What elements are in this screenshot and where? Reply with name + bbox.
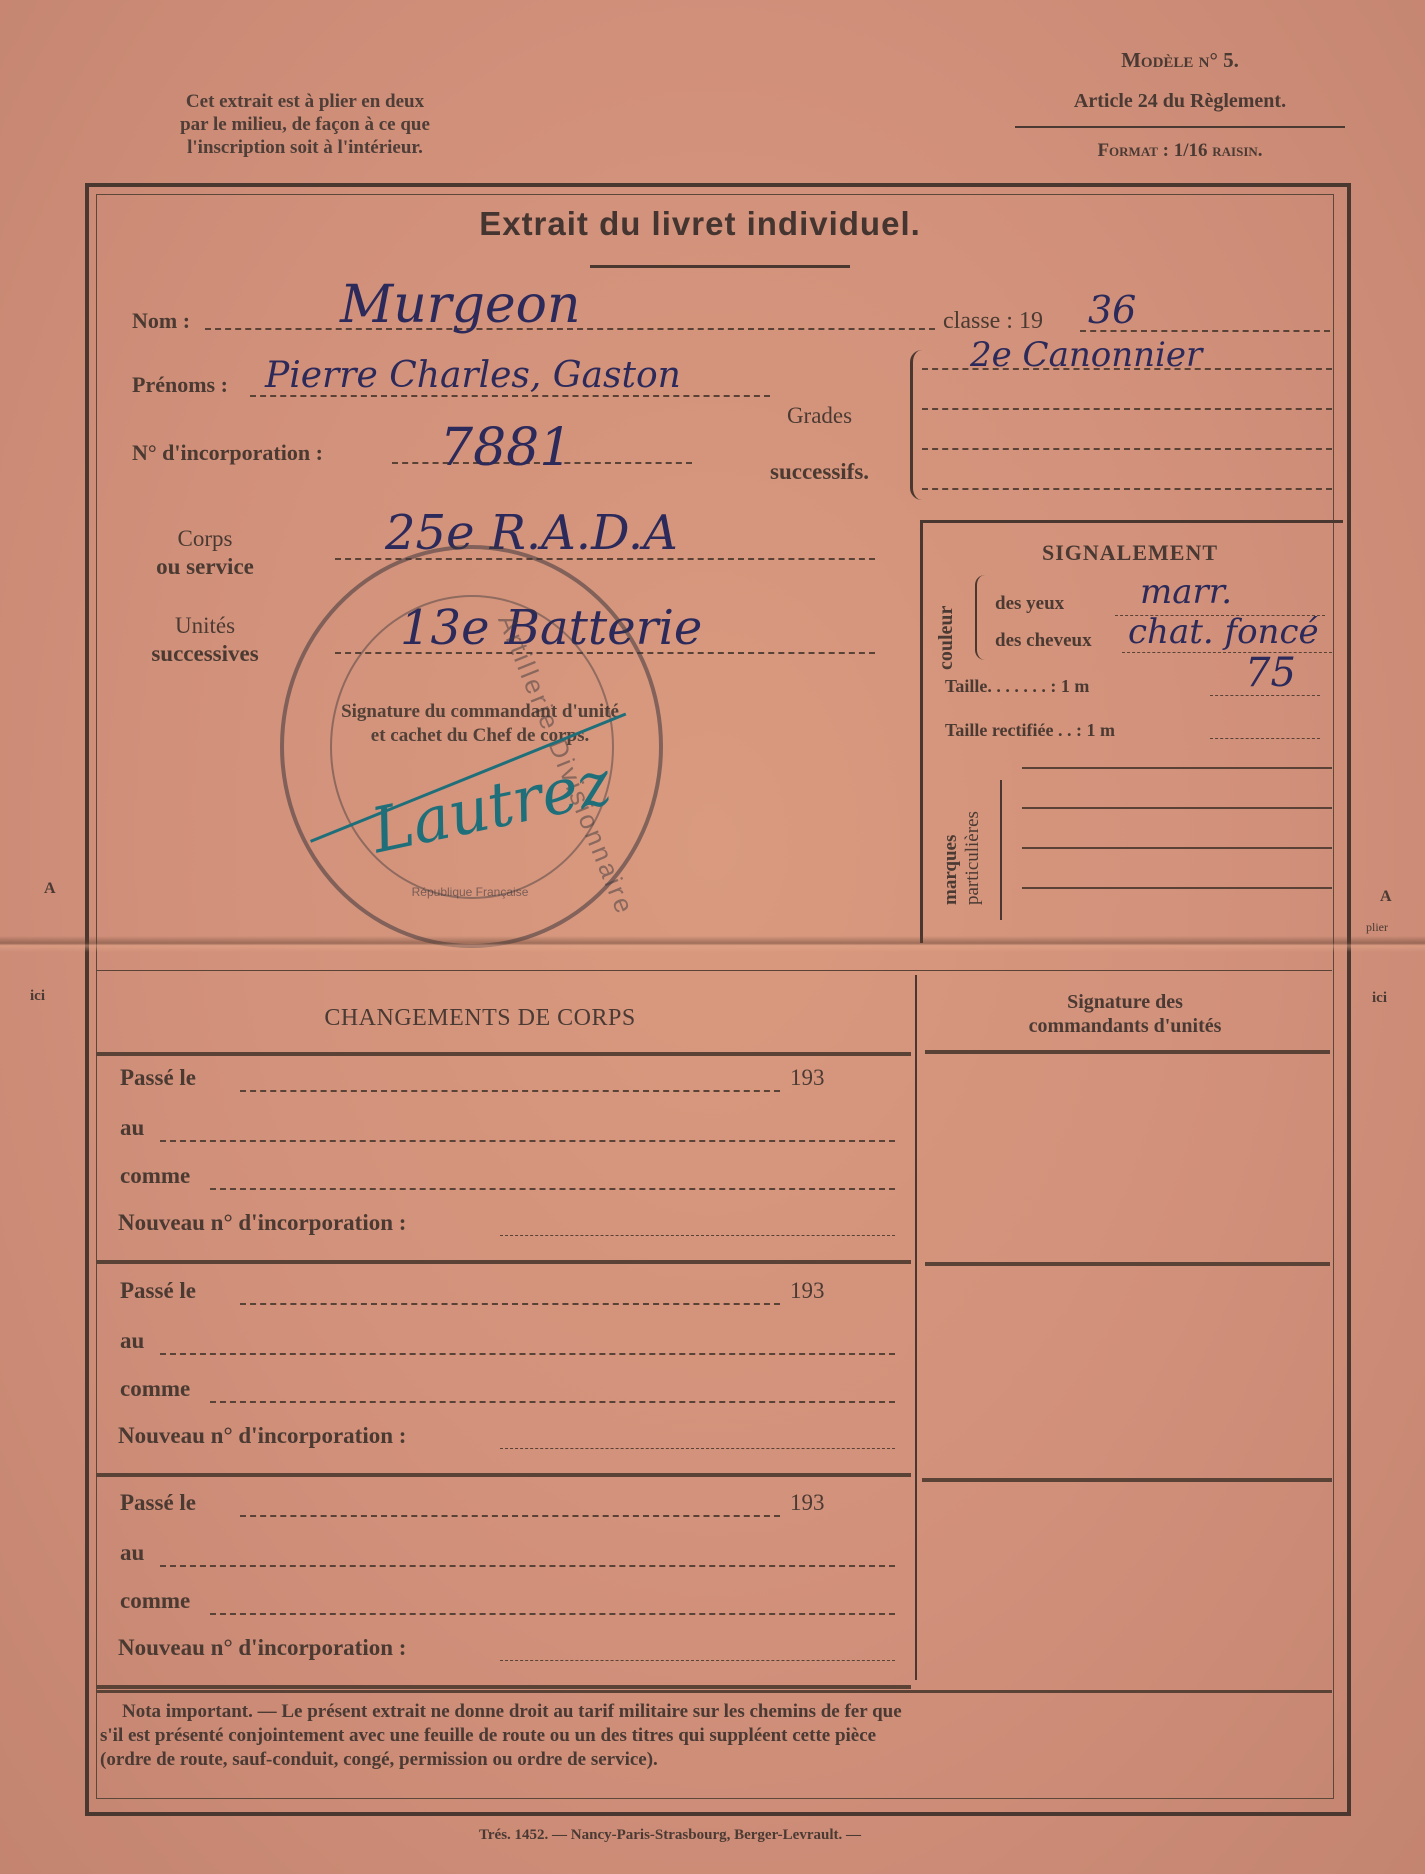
taille-rectifiee-label: Taille rectifiée . . : 1 m bbox=[945, 720, 1115, 741]
format-note: Format : 1/16 raisin. bbox=[1020, 140, 1340, 162]
printer-imprint: Trés. 1452. — Nancy-Paris-Strasbourg, Be… bbox=[300, 1827, 1040, 1844]
nouveau-incorporation-line bbox=[500, 1448, 895, 1449]
nota-line: (ordre de route, sauf-conduit, congé, pe… bbox=[100, 1748, 1325, 1772]
margin-mark-right-mid: plier bbox=[1366, 920, 1388, 935]
title-underline bbox=[590, 265, 850, 268]
grades-line-2 bbox=[922, 408, 1332, 410]
classe-label: classe : 19 bbox=[943, 308, 1043, 335]
signature-caption-line: Signature du commandant d'unité bbox=[270, 700, 690, 724]
taille-rectifiee-line bbox=[1210, 738, 1320, 739]
passe-le-label: Passé le bbox=[120, 1065, 196, 1091]
lower-top-rule bbox=[96, 970, 1332, 971]
signature-caption: Signature du commandant d'unité et cache… bbox=[270, 700, 690, 748]
nota-line: s'il est présenté conjointement avec une… bbox=[100, 1724, 1325, 1748]
couleur-label: couleur bbox=[935, 606, 958, 670]
comme-line bbox=[210, 1613, 895, 1615]
nouveau-incorporation-line bbox=[500, 1660, 895, 1661]
grades-brace bbox=[910, 350, 925, 500]
comme-label: comme bbox=[120, 1376, 190, 1402]
fold-note-line: Cet extrait est à plier en deux bbox=[85, 90, 525, 113]
classe-value: 36 bbox=[1088, 288, 1136, 332]
ornament-divider bbox=[1015, 126, 1345, 128]
signature-header-line: commandants d'unités bbox=[960, 1014, 1290, 1038]
corps-label: Corps ou service bbox=[130, 525, 280, 581]
classe-line bbox=[1080, 330, 1330, 332]
au-label: au bbox=[120, 1115, 144, 1141]
changements-title: CHANGEMENTS DE CORPS bbox=[230, 1005, 730, 1032]
block-separator bbox=[96, 1260, 911, 1264]
nom-label: Nom : bbox=[132, 308, 190, 334]
signature-rule-2 bbox=[922, 1478, 1332, 1482]
comme-label: comme bbox=[120, 1163, 190, 1189]
prenoms-value: Pierre Charles, Gaston bbox=[265, 355, 681, 396]
au-line bbox=[160, 1140, 895, 1142]
incorporation-value: 7881 bbox=[440, 418, 572, 478]
marques-label: marques particulières bbox=[940, 811, 984, 905]
comme-label: comme bbox=[120, 1588, 190, 1614]
taille-label: Taille. . . . . . . : 1 m bbox=[945, 676, 1089, 697]
unites-label: Unités successives bbox=[120, 612, 290, 668]
nouveau-incorporation-label: Nouveau n° d'incorporation : bbox=[118, 1635, 406, 1661]
corps-label-line: Corps bbox=[130, 525, 280, 553]
signalement-title: SIGNALEMENT bbox=[930, 540, 1330, 566]
fold-instruction: Cet extrait est à plier en deux par le m… bbox=[85, 90, 525, 159]
lower-column-divider bbox=[915, 975, 917, 1680]
grades-label: Grades successifs. bbox=[770, 388, 869, 500]
fold-crease bbox=[0, 936, 1425, 952]
marques-label-line: particulières bbox=[962, 811, 984, 905]
nouveau-incorporation-line bbox=[500, 1235, 895, 1236]
incorporation-label: N° d'incorporation : bbox=[132, 440, 323, 466]
yeux-label: des yeux bbox=[995, 593, 1064, 615]
grades-label-line: Grades bbox=[770, 388, 869, 444]
passe-le-line bbox=[240, 1303, 780, 1305]
cheveux-value: chat. foncé bbox=[1128, 612, 1319, 652]
block-separator bbox=[96, 1473, 911, 1477]
signature-header-line: Signature des bbox=[960, 990, 1290, 1014]
unites-label-line: successives bbox=[120, 640, 290, 668]
grades-value-1: 2e Canonnier bbox=[970, 335, 1202, 375]
prenoms-label: Prénoms : bbox=[132, 372, 228, 398]
passe-le-line bbox=[240, 1515, 780, 1517]
nouveau-incorporation-label: Nouveau n° d'incorporation : bbox=[118, 1423, 406, 1449]
passe-le-label: Passé le bbox=[120, 1278, 196, 1304]
grades-line-4 bbox=[922, 488, 1332, 490]
signature-header-rule bbox=[925, 1050, 1330, 1054]
nota-important: Nota important. — Le présent extrait ne … bbox=[100, 1700, 1325, 1772]
corps-label-line: ou service bbox=[130, 553, 280, 581]
signature-rule-1 bbox=[925, 1262, 1330, 1266]
marques-line-4 bbox=[1022, 887, 1332, 889]
au-line bbox=[160, 1565, 895, 1567]
grades-label-line: successifs. bbox=[770, 444, 869, 500]
signature-caption-line: et cachet du Chef de corps. bbox=[270, 724, 690, 748]
margin-mark-right-top: A bbox=[1380, 888, 1392, 906]
signature-column-header: Signature des commandants d'unités bbox=[960, 990, 1290, 1038]
cheveux-label: des cheveux bbox=[995, 630, 1092, 652]
marques-line-3 bbox=[1022, 847, 1332, 849]
passe-le-line bbox=[240, 1090, 780, 1092]
au-label: au bbox=[120, 1540, 144, 1566]
nota-top-rule bbox=[96, 1690, 1332, 1693]
grades-line-3 bbox=[922, 448, 1332, 450]
passe-le-label: Passé le bbox=[120, 1490, 196, 1516]
cheveux-line bbox=[1122, 652, 1332, 653]
model-number: Modèle n° 5. bbox=[1040, 48, 1320, 73]
nom-value: Murgeon bbox=[340, 275, 580, 335]
nouveau-incorporation-label: Nouveau n° d'incorporation : bbox=[118, 1210, 406, 1236]
fold-note-line: par le milieu, de façon à ce que bbox=[85, 113, 525, 136]
passe-le-year: 193 bbox=[790, 1065, 825, 1091]
comme-line bbox=[210, 1188, 895, 1190]
marques-line-2 bbox=[1022, 807, 1332, 809]
comme-line bbox=[210, 1401, 895, 1403]
margin-mark-left-bottom: ici bbox=[30, 988, 45, 1005]
margin-mark-left-top: A bbox=[44, 880, 56, 898]
block-separator bbox=[96, 1685, 911, 1689]
nota-line: Nota important. — Le présent extrait ne … bbox=[100, 1700, 1325, 1724]
au-label: au bbox=[120, 1328, 144, 1354]
taille-value: 75 bbox=[1245, 650, 1296, 696]
marques-line-1 bbox=[1022, 767, 1332, 769]
marques-brace bbox=[1000, 780, 1010, 920]
stamp-bottom-text: République Française bbox=[385, 885, 555, 899]
unites-label-line: Unités bbox=[120, 612, 290, 640]
au-line bbox=[160, 1353, 895, 1355]
marques-label-line: marques bbox=[940, 811, 962, 905]
couleur-brace bbox=[975, 575, 987, 660]
margin-mark-right-bottom: ici bbox=[1372, 990, 1387, 1007]
passe-le-year: 193 bbox=[790, 1490, 825, 1516]
fold-note-line: l'inscription soit à l'intérieur. bbox=[85, 136, 525, 159]
page-title: Extrait du livret individuel. bbox=[300, 205, 1100, 243]
changements-header-rule bbox=[96, 1052, 911, 1056]
passe-le-year: 193 bbox=[790, 1278, 825, 1304]
article-reference: Article 24 du Règlement. bbox=[1005, 90, 1355, 113]
yeux-value: marr. bbox=[1140, 572, 1232, 612]
